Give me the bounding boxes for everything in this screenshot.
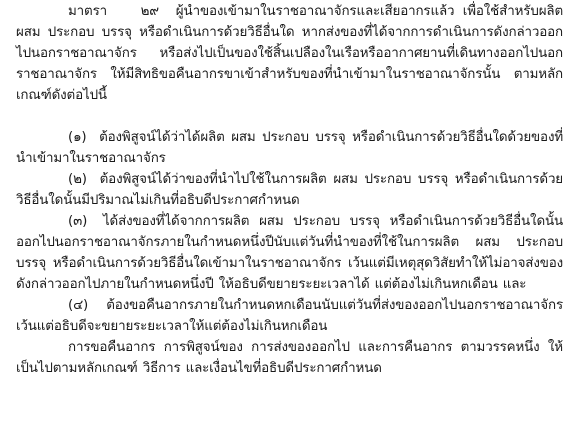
clause-text: ได้ส่งของที่ได้จากการผลิต ผสม ประกอบ บรร… <box>16 214 563 292</box>
clause-text: ต้องพิสูจน์ได้ว่าของที่นำไปใช้ในการผลิต … <box>16 172 563 208</box>
clause-text: ต้องขอคืนอากรภายในกำหนดหกเดือนนับแต่วันท… <box>16 298 563 334</box>
section-paragraph: มาตรา ๒๙ ผู้นำของเข้ามาในราชอาณาจักรและเ… <box>16 1 563 106</box>
clause-number: (๒) <box>68 172 87 187</box>
clause-1: (๑) ต้องพิสูจน์ได้ว่าได้ผลิต ผสม ประกอบ … <box>16 127 563 169</box>
clause-number: (๑) <box>68 130 87 145</box>
clause-3: (๓) ได้ส่งของที่ได้จากการผลิต ผสม ประกอบ… <box>16 211 563 295</box>
legal-document: มาตรา ๒๙ ผู้นำของเข้ามาในราชอาณาจักรและเ… <box>16 1 563 379</box>
clause-2: (๒) ต้องพิสูจน์ได้ว่าของที่นำไปใช้ในการผ… <box>16 169 563 211</box>
clause-number: (๓) <box>68 214 87 229</box>
clause-4: (๔) ต้องขอคืนอากรภายในกำหนดหกเดือนนับแต่… <box>16 295 563 337</box>
section-label: มาตรา <box>68 4 107 19</box>
closing-paragraph: การขอคืนอากร การพิสูจน์ของ การส่งของออกไ… <box>16 337 563 379</box>
closing-text: การขอคืนอากร การพิสูจน์ของ การส่งของออกไ… <box>16 340 563 376</box>
paragraph-gap <box>16 106 563 127</box>
clause-text: ต้องพิสูจน์ได้ว่าได้ผลิต ผสม ประกอบ บรรจ… <box>16 130 563 166</box>
clause-number: (๔) <box>68 298 88 313</box>
section-number: ๒๙ <box>141 4 159 19</box>
